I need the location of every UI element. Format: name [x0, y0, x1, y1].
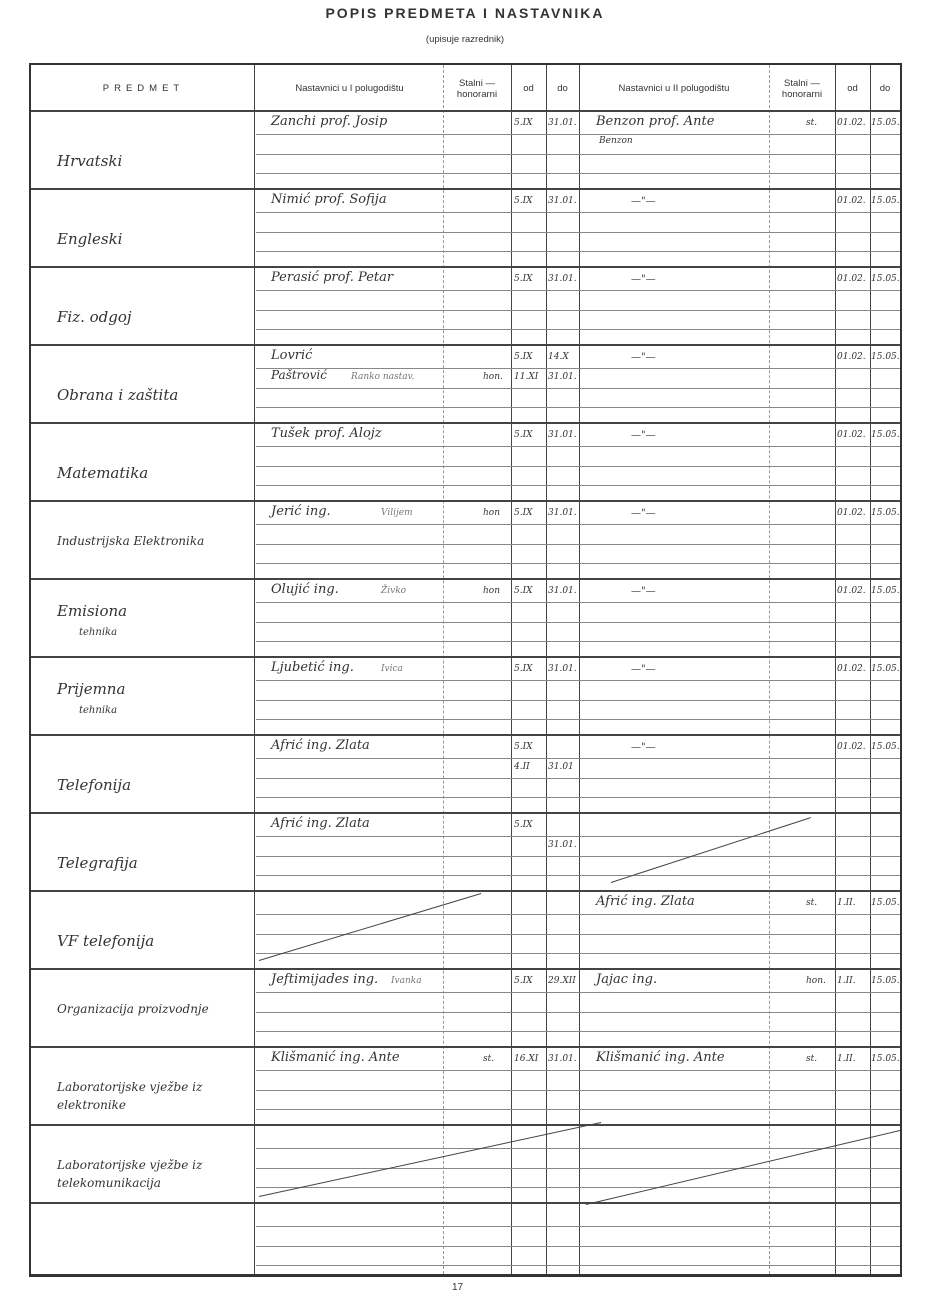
- teacher-sem1: Jeftimijades ing.: [271, 972, 378, 987]
- to-sem2: 15.05.: [871, 898, 900, 908]
- from-sem1: 5.IX: [514, 274, 533, 284]
- type-sem2: st.: [806, 118, 817, 128]
- ruled-line: [256, 992, 900, 993]
- teacher-sem1: Zanchi prof. Josip: [271, 114, 387, 129]
- ruled-line: [256, 680, 900, 681]
- ruled-line: [256, 407, 900, 408]
- from-sem1: 5.IX: [514, 664, 533, 674]
- to-sem2: 15.05.: [871, 196, 900, 206]
- subject-note: tehnika: [79, 702, 274, 720]
- subject-name: Obrana i zaštita: [57, 386, 252, 404]
- teacher-sem1: Afrić ing. Zlata: [271, 738, 370, 753]
- to-sem1-second: 31.01.: [548, 840, 577, 850]
- ruled-line: [256, 1090, 900, 1091]
- to-sem1-second: 31.01: [548, 762, 574, 772]
- teacher-sem2: Klišmanić ing. Ante: [596, 1050, 725, 1065]
- page-number: 17: [452, 1282, 463, 1293]
- to-sem1: 31.01.: [548, 1054, 577, 1064]
- type-sem2: st.: [806, 898, 817, 908]
- to-sem1: 31.01.: [548, 586, 577, 596]
- type-sem1: hon: [483, 508, 500, 518]
- to-sem2: 15.05.: [871, 118, 900, 128]
- subject-name: Matematika: [57, 464, 252, 482]
- teacher-sem2: —"—: [631, 352, 656, 363]
- table-row: HrvatskiZanchi prof. Josip5.IX31.01.Benz…: [31, 110, 900, 188]
- table-row: [31, 1202, 900, 1280]
- table-row: Organizacija proizvodnjeJeftimijades ing…: [31, 968, 900, 1046]
- to-sem2: 15.05.: [871, 508, 900, 518]
- teacher-sem1-note: Ivica: [381, 664, 403, 674]
- to-sem2: 15.05.: [871, 274, 900, 284]
- subject-note: tehnika: [79, 624, 274, 642]
- ruled-line: [256, 563, 900, 564]
- ruled-line: [256, 641, 900, 642]
- teacher-sem1-note: Živko: [381, 586, 406, 596]
- ruled-line: [256, 934, 900, 935]
- to-sem2: 15.05.: [871, 1054, 900, 1064]
- ruled-line: [256, 232, 900, 233]
- teacher-sem2: —"—: [631, 586, 656, 597]
- page-title: POPIS PREDMETA I NASTAVNIKA: [0, 5, 930, 21]
- ruled-line: [256, 797, 900, 798]
- from-sem1: 5.IX: [514, 742, 533, 752]
- from-sem1: 5.IX: [514, 586, 533, 596]
- to-sem2: 15.05.: [871, 586, 900, 596]
- subject-name: VF telefonija: [57, 932, 252, 950]
- table-row: Laboratorijske vježbe iz telekomunikacij…: [31, 1124, 900, 1202]
- from-sem2: 01.02.: [837, 118, 866, 128]
- table-row: MatematikaTušek prof. Alojz5.IX31.01.—"—…: [31, 422, 900, 500]
- subjects-teachers-table: PREDMET Nastavnici u I polugodištu Staln…: [29, 63, 902, 1277]
- ruled-line: [256, 329, 900, 330]
- to-sem2: 15.05.: [871, 352, 900, 362]
- table-row: Industrijska ElektronikaJerić ing.Vilije…: [31, 500, 900, 578]
- teacher-sem2: —"—: [631, 664, 656, 675]
- ruled-line: [256, 485, 900, 486]
- to-sem1: 14.X: [548, 352, 569, 362]
- teacher-sem1: Ljubetić ing.: [271, 660, 354, 675]
- from-sem1: 5.IX: [514, 430, 533, 440]
- column-header-type-2: Stalni — honorarni: [769, 65, 835, 112]
- ruled-line: [256, 310, 900, 311]
- ruled-line: [256, 1226, 900, 1227]
- ruled-line: [256, 1265, 900, 1266]
- teacher-sem1-note: Ivanka: [391, 976, 422, 986]
- from-sem1: 5.IX: [514, 118, 533, 128]
- teacher-sem2: Jajac ing.: [596, 972, 657, 987]
- teacher-sem1: Afrić ing. Zlata: [271, 816, 370, 831]
- to-sem1: 31.01.: [548, 274, 577, 284]
- ruled-line: [256, 602, 900, 603]
- table-row: Fiz. odgojPerasić prof. Petar5.IX31.01.—…: [31, 266, 900, 344]
- ruled-line: [256, 466, 900, 467]
- teacher-sem1: Klišmanić ing. Ante: [271, 1050, 400, 1065]
- ruled-line: [256, 758, 900, 759]
- ruled-line: [256, 875, 900, 876]
- teacher-sem1-second: Paštrović: [271, 368, 327, 382]
- teacher-sem2: —"—: [631, 742, 656, 753]
- type-sem1-second: hon.: [483, 372, 503, 382]
- from-sem1: 16.XI: [514, 1054, 538, 1064]
- column-header-type-1: Stalni — honorarni: [443, 65, 511, 112]
- from-sem1: 5.IX: [514, 820, 533, 830]
- to-sem1: 31.01.: [548, 664, 577, 674]
- type-sem2: hon.: [806, 976, 826, 986]
- table-row: EmisionatehnikaOlujić ing.Živkohon5.IX31…: [31, 578, 900, 656]
- to-sem1: 29.XII: [548, 976, 576, 986]
- subject-name: Fiz. odgoj: [57, 308, 252, 326]
- table-row: VF telefonijaAfrić ing. Zlatast.1.II.15.…: [31, 890, 900, 968]
- table-row: Laboratorijske vježbe iz elektronikeKliš…: [31, 1046, 900, 1124]
- ruled-line: [256, 388, 900, 389]
- from-sem1: 5.IX: [514, 196, 533, 206]
- table-row: TelegrafijaAfrić ing. Zlata5.IX31.01.: [31, 812, 900, 890]
- from-sem2: 01.02.: [837, 352, 866, 362]
- ruled-line: [256, 719, 900, 720]
- ruled-line: [256, 290, 900, 291]
- subject-name: Industrijska Elektronika: [57, 532, 252, 550]
- table-row: Obrana i zaštitaLovrić5.IX14.XPaštrovićR…: [31, 344, 900, 422]
- subject-name: Engleski: [57, 230, 252, 248]
- teacher-sem2: Benzon prof. Ante: [596, 114, 714, 129]
- subject-name: Laboratorijske vježbe iz telekomunikacij…: [57, 1156, 252, 1192]
- ruled-line: [256, 212, 900, 213]
- subject-name: Telegrafija: [57, 854, 252, 872]
- to-sem2: 15.05.: [871, 430, 900, 440]
- from-sem1-second: 11.XI: [514, 372, 538, 382]
- ruled-line: [256, 1012, 900, 1013]
- column-header-from-1: od: [511, 65, 546, 112]
- teacher-sem1: Jerić ing.: [271, 504, 331, 519]
- table-row: PrijemnatehnikaLjubetić ing.Ivica5.IX31.…: [31, 656, 900, 734]
- table-row: EngleskiNimić prof. Sofija5.IX31.01.—"—0…: [31, 188, 900, 266]
- to-sem2: 15.05.: [871, 664, 900, 674]
- from-sem1-second: 4.II: [514, 762, 530, 772]
- column-header-from-2: od: [835, 65, 870, 112]
- teacher-sem2-note: Benzon: [599, 136, 633, 146]
- teacher-sem2: —"—: [631, 508, 656, 519]
- to-sem2: 15.05.: [871, 742, 900, 752]
- subject-name: Hrvatski: [57, 152, 252, 170]
- column-header-subject: PREDMET: [31, 65, 256, 112]
- teacher-sem1: Nimić prof. Sofija: [271, 192, 387, 207]
- subject-name: Prijemna: [57, 680, 252, 698]
- ruled-line: [256, 544, 900, 545]
- to-sem2: 15.05.: [871, 976, 900, 986]
- from-sem2: 01.02.: [837, 196, 866, 206]
- ruled-line: [256, 1031, 900, 1032]
- ruled-line: [256, 134, 900, 135]
- type-sem1: st.: [483, 1054, 494, 1064]
- ruled-line: [256, 778, 900, 779]
- ruled-line: [256, 622, 900, 623]
- ruled-line: [256, 1168, 900, 1169]
- type-sem1: hon: [483, 586, 500, 596]
- ruled-line: [256, 173, 900, 174]
- to-sem1: 31.01.: [548, 196, 577, 206]
- ruled-line: [256, 446, 900, 447]
- ruled-line: [256, 368, 900, 369]
- to-sem1: 31.01.: [548, 508, 577, 518]
- ruled-line: [256, 1070, 900, 1071]
- teacher-sem2: Afrić ing. Zlata: [596, 894, 695, 909]
- from-sem1: 5.IX: [514, 352, 533, 362]
- from-sem2: 01.02.: [837, 274, 866, 284]
- ruled-line: [256, 154, 900, 155]
- subject-name: Laboratorijske vježbe iz elektronike: [57, 1078, 252, 1114]
- ruled-line: [256, 1148, 900, 1149]
- type-sem2: st.: [806, 1054, 817, 1064]
- ruled-line: [256, 836, 900, 837]
- column-header-to-2: do: [870, 65, 900, 112]
- to-sem1-second: 31.01.: [548, 372, 577, 382]
- ruled-line: [256, 953, 900, 954]
- to-sem1: 31.01.: [548, 118, 577, 128]
- from-sem2: 1.II.: [837, 898, 856, 908]
- from-sem2: 1.II.: [837, 1054, 856, 1064]
- teacher-sem1-note: Vilijem: [381, 508, 413, 518]
- subject-name: Organizacija proizvodnje: [57, 1000, 252, 1018]
- ruled-line: [256, 1187, 900, 1188]
- teacher-sem2: —"—: [631, 274, 656, 285]
- ruled-line: [256, 251, 900, 252]
- column-header-teachers-2: Nastavnici u II polugodištu: [579, 65, 769, 112]
- ruled-line: [256, 914, 900, 915]
- from-sem2: 01.02.: [837, 664, 866, 674]
- from-sem2: 1.II.: [837, 976, 856, 986]
- from-sem1: 5.IX: [514, 508, 533, 518]
- table-row: TelefonijaAfrić ing. Zlata5.IX4.II31.01—…: [31, 734, 900, 812]
- ruled-line: [256, 700, 900, 701]
- from-sem2: 01.02.: [837, 430, 866, 440]
- subject-name: Emisiona: [57, 602, 252, 620]
- column-header-to-1: do: [546, 65, 579, 112]
- teacher-sem1: Tušek prof. Alojz: [271, 426, 382, 441]
- teacher-sem1: Perasić prof. Petar: [271, 270, 393, 285]
- from-sem2: 01.02.: [837, 508, 866, 518]
- from-sem2: 01.02.: [837, 586, 866, 596]
- teacher-sem1-second-note: Ranko nastav.: [351, 372, 415, 382]
- column-header-teachers-1: Nastavnici u I polugodištu: [256, 65, 443, 112]
- to-sem1: 31.01.: [548, 430, 577, 440]
- teacher-sem2: —"—: [631, 196, 656, 207]
- ruled-line: [256, 1109, 900, 1110]
- teacher-sem1: Olujić ing.: [271, 582, 339, 597]
- page-subtitle: (upisuje razrednik): [0, 34, 930, 45]
- teacher-sem1: Lovrić: [271, 348, 312, 363]
- from-sem1: 5.IX: [514, 976, 533, 986]
- ruled-line: [256, 1246, 900, 1247]
- ruled-line: [256, 524, 900, 525]
- ruled-line: [256, 856, 900, 857]
- subject-name: Telefonija: [57, 776, 252, 794]
- teacher-sem2: —"—: [631, 430, 656, 441]
- from-sem2: 01.02.: [837, 742, 866, 752]
